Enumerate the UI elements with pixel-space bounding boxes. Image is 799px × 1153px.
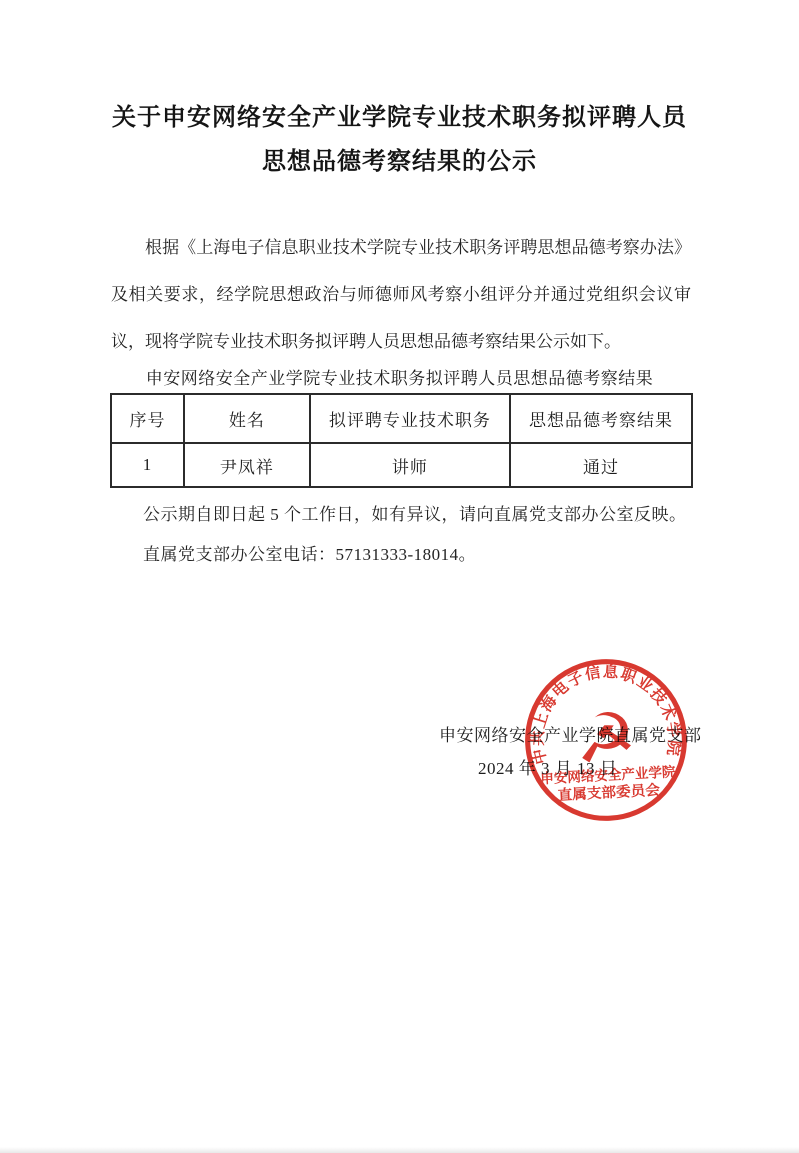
results-table: 序号 姓名 拟评聘专业技术职务 思想品德考察结果 1 尹凤祥 讲师 通过 (110, 393, 693, 488)
cell-result: 通过 (510, 443, 692, 487)
seal-ring-text-holder: 中共上海电子信息职业技术学院 (525, 658, 686, 767)
document-title-line2: 思想品德考察结果的公示 (0, 140, 799, 184)
seal-center-line2: 直属支部委员会 (557, 781, 661, 804)
document-page: 关于申安网络安全产业学院专业技术职务拟评聘人员 思想品德考察结果的公示 根据《上… (0, 0, 799, 1153)
body-paragraph: 根据《上海电子信息职业技术学院专业技术职务评聘思想品德考察办法》及相关要求，经学… (111, 224, 691, 365)
signature-date: 2024 年 3 月 13 日 (478, 754, 617, 779)
header-title: 拟评聘专业技术职务 (310, 394, 510, 443)
scan-edge-artifact (0, 1147, 799, 1153)
seal-ring-text: 中共上海电子信息职业技术学院 (525, 658, 686, 767)
cell-title: 讲师 (310, 443, 510, 487)
table-header-row: 序号 姓名 拟评聘专业技术职务 思想品德考察结果 (111, 394, 692, 443)
cell-name: 尹凤祥 (184, 443, 310, 487)
document-title: 关于申安网络安全产业学院专业技术职务拟评聘人员 思想品德考察结果的公示 (0, 96, 799, 184)
document-title-line1: 关于申安网络安全产业学院专业技术职务拟评聘人员 (0, 96, 799, 140)
table-row: 1 尹凤祥 讲师 通过 (111, 443, 692, 487)
signature-organization: 申安网络安全产业学院直属党支部 (439, 721, 702, 746)
notice-period-line: 公示期自即日起 5 个工作日，如有异议，请向直属党支部办公室反映。 (143, 500, 687, 525)
header-seq: 序号 (111, 394, 184, 443)
table-caption: 申安网络安全产业学院专业技术职务拟评聘人员思想品德考察结果 (0, 364, 799, 389)
header-result: 思想品德考察结果 (510, 394, 692, 443)
contact-line: 直属党支部办公室电话：57131333-18014。 (143, 540, 476, 565)
cell-seq: 1 (111, 443, 184, 487)
header-name: 姓名 (184, 394, 310, 443)
